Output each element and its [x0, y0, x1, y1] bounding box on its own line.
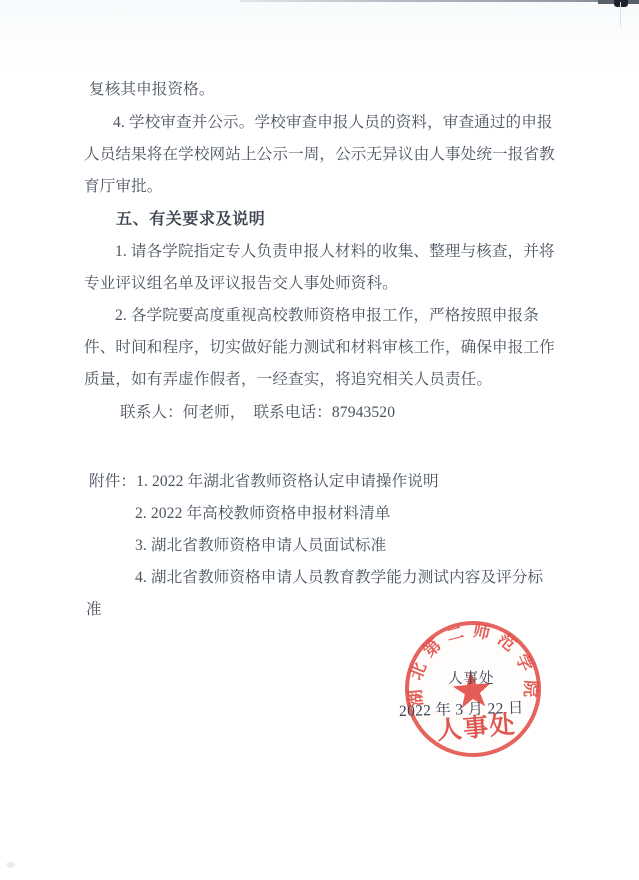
body-line: 人员结果将在学校网站上公示一周，公示无异议由人事处统一报省教: [84, 142, 555, 164]
body-line: 4. 学校审查并公示。学校审查申报人员的资料，审查通过的申报: [113, 110, 553, 132]
attachment-line: 2. 2022 年高校教师资格申报材料清单: [135, 501, 391, 523]
body-line: 质量，如有弄虚作假者，一经查实，将追究相关人员责任。: [84, 367, 492, 389]
signature-department: 人事处: [448, 667, 495, 688]
section-heading: 五、有关要求及说明: [116, 206, 265, 229]
official-seal: 湖北第二师范学院 人事处: [384, 600, 562, 778]
seal-graphic: 湖北第二师范学院 人事处: [384, 600, 562, 778]
attachment-line: 3. 湖北省教师资格申请人员面试标准: [135, 533, 386, 555]
attachment-line: 准: [86, 597, 102, 619]
signature-date: 2022 年 3 月 22 日: [399, 696, 524, 721]
scan-artifact-speck: [6, 862, 15, 868]
scan-artifact-vertical-line: [620, 2, 621, 27]
attachment-line: 4. 湖北省教师资格申请人员教育教学能力测试内容及评分标: [135, 565, 543, 587]
body-line: 2. 各学院要高度重视高校教师资格申报工作，严格按照申报条: [115, 303, 539, 325]
body-line: 1. 请各学院指定专人负责申报人材料的收集、整理与核查，并将: [115, 239, 555, 261]
contact-line: 联系人：何老师， 联系电话：87943520: [120, 400, 395, 422]
body-line: 复核其申报资格。: [89, 77, 215, 99]
document-page: 复核其申报资格。 4. 学校审查并公示。学校审查申报人员的资料，审查通过的申报 …: [0, 0, 639, 880]
body-line: 专业评议组名单及评议报告交人事处师资科。: [84, 271, 398, 293]
body-line: 件、时间和程序，切实做好能力测试和材料审核工作，确保申报工作: [84, 335, 555, 357]
scan-artifact-corner-mark: [614, 0, 628, 7]
body-line: 育厅审批。: [84, 174, 162, 196]
attachment-line: 附件：1. 2022 年湖北省教师资格认定申请操作说明: [89, 469, 439, 491]
scan-tint: [0, 0, 639, 70]
scan-artifact-top-line: [240, 0, 639, 2]
